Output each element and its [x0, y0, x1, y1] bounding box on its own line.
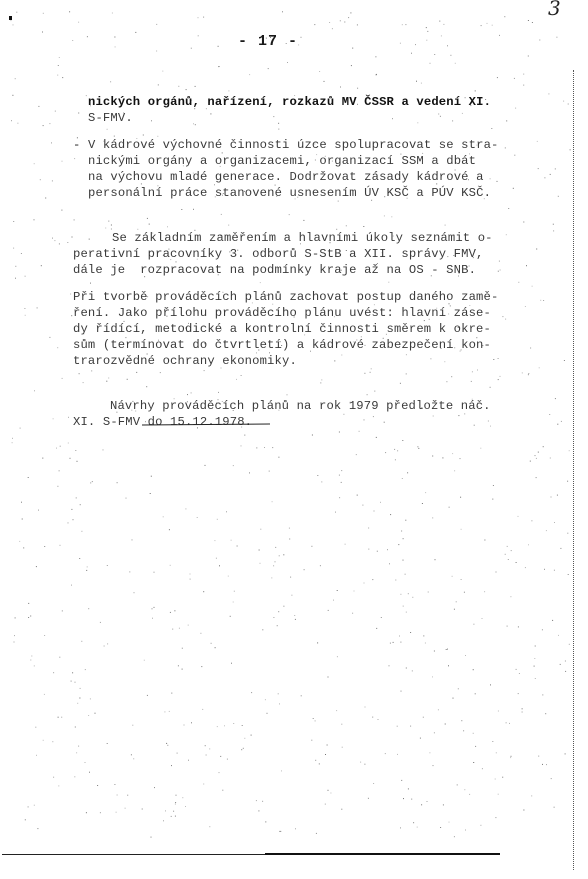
page-number: - 17 -: [238, 33, 298, 50]
paragraph-line: dy řídící, metodické a kontrolní činnost…: [73, 321, 491, 337]
bottom-rule-thick: [265, 853, 500, 855]
bullet-line: nickými orgány a organizacemi, organizac…: [88, 153, 476, 169]
paragraph-line: dále je rozpracovat na podmínky kraje až…: [73, 262, 476, 278]
handwritten-page-annotation: 3: [548, 0, 561, 20]
paragraph-line: Návrhy prováděcích plánů na rok 1979 pře…: [110, 398, 491, 414]
bullet-line: V kádrové výchovné činnosti úzce spolupr…: [88, 137, 499, 153]
scan-noise: [0, 0, 588, 879]
paragraph-line: ření. Jako přílohu prováděcího plánu uvé…: [73, 305, 491, 321]
page-edge-border: [573, 70, 574, 870]
scan-mark: [9, 16, 12, 20]
bullet-line: personální práce stanovené usnesením ÚV …: [88, 185, 491, 201]
bullet-line: na výchovu mladé generace. Dodržovat zás…: [88, 169, 484, 185]
paragraph-line: XI. S-FMV do 15.12.1978.: [73, 414, 252, 430]
document-page: 3 - 17 - nických orgánů, nařízení, rozka…: [0, 0, 588, 879]
paragraph-line: Se základním zaměřením a hlavními úkoly …: [112, 230, 493, 246]
bullet-marker: -: [73, 137, 80, 153]
paragraph-line: sům (termínovat do čtvrtletí) a kádrové …: [73, 337, 491, 353]
continuation-line: S-FMV.: [88, 110, 133, 126]
paragraph-line: perativní pracovníky 3. odborů S-StB a X…: [73, 246, 484, 262]
paragraph-line: Při tvorbě prováděcích plánů zachovat po…: [73, 289, 498, 305]
continuation-line: nických orgánů, nařízení, rozkazů MV ČSS…: [88, 94, 491, 110]
paragraph-line: trarozvědné ochrany ekonomiky.: [73, 353, 297, 369]
